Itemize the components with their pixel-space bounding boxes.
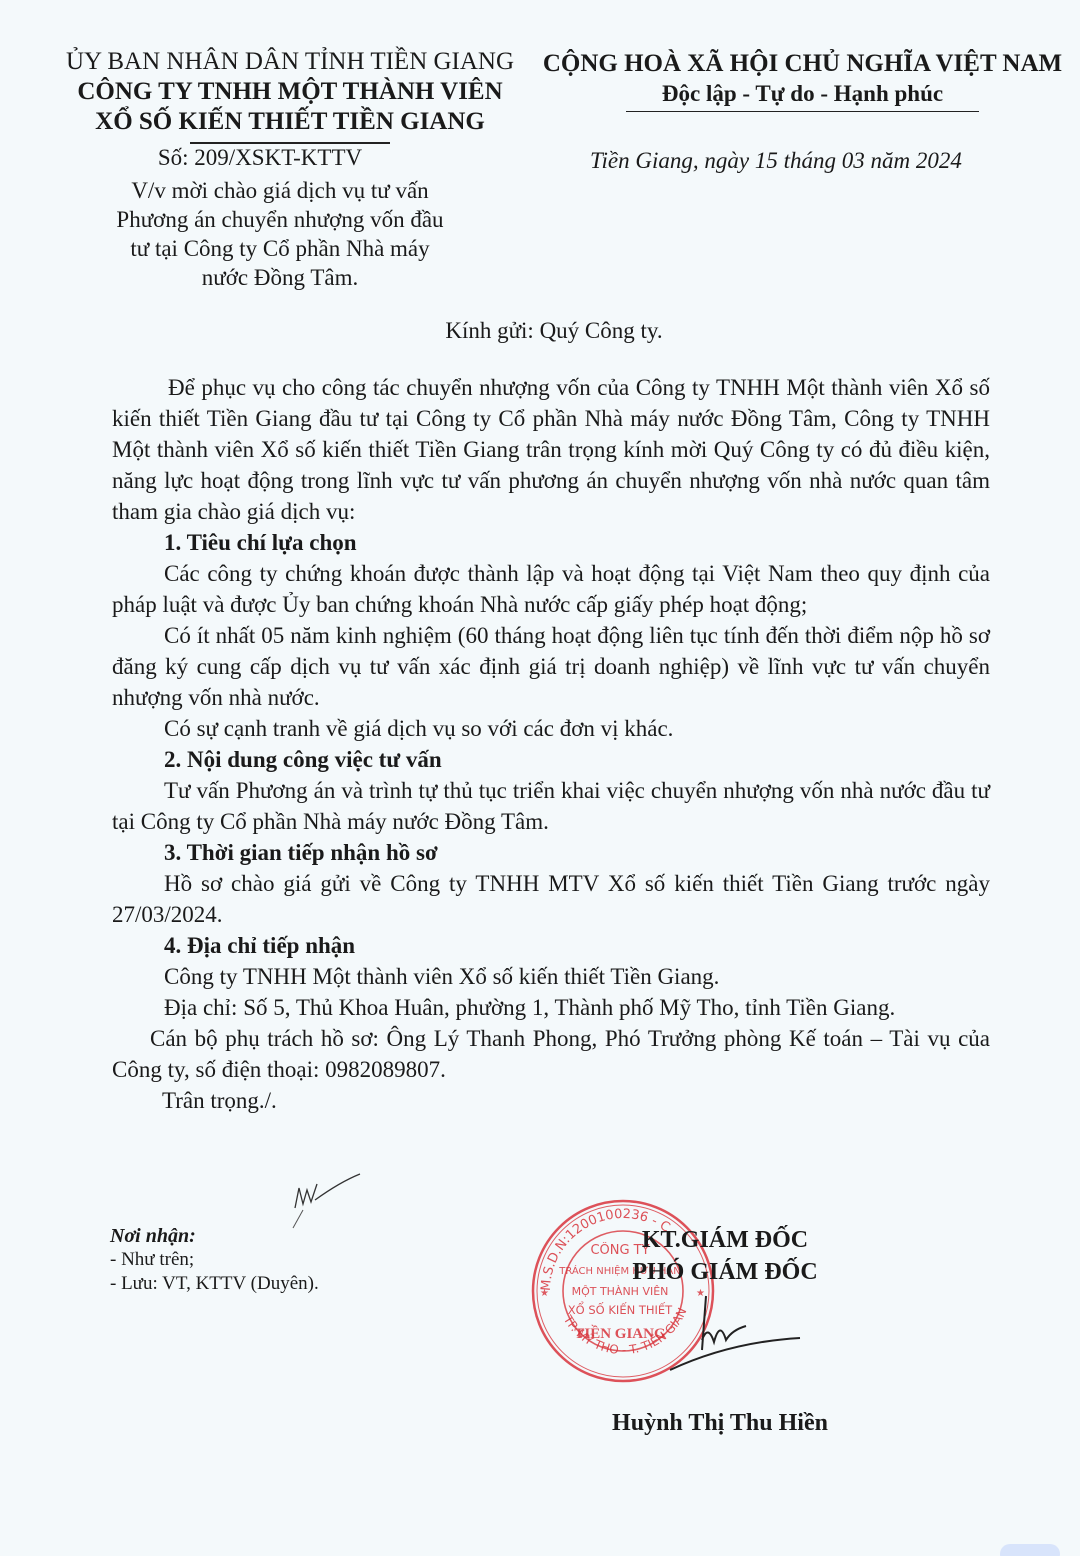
section-paragraph: Có ít nhất 05 năm kinh nghiệm (60 tháng … xyxy=(112,620,990,713)
header-divider xyxy=(190,142,390,144)
authority-name: ỦY BAN NHÂN DÂN TỈNH TIỀN GIANG xyxy=(40,46,540,77)
nation-name: CỘNG HOÀ XÃ HỘI CHỦ NGHĨA VIỆT NAM xyxy=(530,48,1075,79)
signature-block: KT.GIÁM ĐỐC PHÓ GIÁM ĐỐC xyxy=(600,1224,850,1288)
document-number: Số: 209/XSKT-KTTV xyxy=(0,145,520,171)
company-name-line1: CÔNG TY TNHH MỘT THÀNH VIÊN xyxy=(40,77,540,107)
recipients-block: Nơi nhận: - Như trên; - Lưu: VT, KTTV (D… xyxy=(110,1224,319,1296)
letter-body: Để phục vụ cho công tác chuyển nhượng vố… xyxy=(112,372,990,1116)
recipient-item: - Như trên; xyxy=(110,1248,319,1272)
floating-action-button[interactable] xyxy=(1000,1544,1060,1556)
document-subject: V/v mời chào giá dịch vụ tư vấn Phương á… xyxy=(60,176,500,292)
section-paragraph: Công ty TNHH Một thành viên Xổ số kiến t… xyxy=(112,961,990,992)
subject-line: nước Đồng Tâm. xyxy=(60,263,500,292)
section-paragraph: Hồ sơ chào giá gửi về Công ty TNHH MTV X… xyxy=(112,868,990,930)
intro-paragraph: Để phục vụ cho công tác chuyển nhượng vố… xyxy=(112,372,990,527)
section-paragraph: Các công ty chứng khoán được thành lập v… xyxy=(112,558,990,620)
closing: Trân trọng./. xyxy=(112,1085,990,1116)
section-heading: 2. Nội dung công việc tư vấn xyxy=(112,744,990,775)
section-heading: 1. Tiêu chí lựa chọn xyxy=(112,527,990,558)
signature-title-line2: PHÓ GIÁM ĐỐC xyxy=(600,1256,850,1288)
recipients-title: Nơi nhận: xyxy=(110,1224,319,1248)
signature-title-line1: KT.GIÁM ĐỐC xyxy=(600,1224,850,1256)
national-header: CỘNG HOÀ XÃ HỘI CHỦ NGHĨA VIỆT NAM Độc l… xyxy=(530,48,1075,112)
section-paragraph: Địa chỉ: Số 5, Thủ Khoa Huân, phường 1, … xyxy=(112,992,990,1023)
section-heading: 4. Địa chỉ tiếp nhận xyxy=(112,930,990,961)
issuer-header: ỦY BAN NHÂN DÂN TỈNH TIỀN GIANG CÔNG TY … xyxy=(40,46,540,144)
section-paragraph: Tư vấn Phương án và trình tự thủ tục tri… xyxy=(112,775,990,837)
national-motto: Độc lập - Tự do - Hạnh phúc xyxy=(626,79,979,112)
subject-line: Phương án chuyển nhượng vốn đầu xyxy=(60,205,500,234)
document-date: Tiền Giang, ngày 15 tháng 03 năm 2024 xyxy=(590,148,962,174)
section-paragraph: Có sự cạnh tranh về giá dịch vụ so với c… xyxy=(112,713,990,744)
subject-line: tư tại Công ty Cổ phần Nhà máy xyxy=(60,234,500,263)
company-name-line2: XỔ SỐ KIẾN THIẾT TIỀN GIANG xyxy=(40,107,540,137)
initials-signature-icon xyxy=(285,1170,365,1230)
subject-line: V/v mời chào giá dịch vụ tư vấn xyxy=(60,176,500,205)
svg-text:★: ★ xyxy=(540,1288,549,1299)
greeting: Kính gửi: Quý Công ty. xyxy=(0,318,1080,344)
handwritten-signature-icon xyxy=(650,1290,820,1380)
signer-name: Huỳnh Thị Thu Hiền xyxy=(560,1410,880,1437)
recipient-item: - Lưu: VT, KTTV (Duyên). xyxy=(110,1272,319,1296)
section-heading: 3. Thời gian tiếp nhận hồ sơ xyxy=(112,837,990,868)
section-paragraph: Cán bộ phụ trách hồ sơ: Ông Lý Thanh Pho… xyxy=(112,1023,990,1085)
